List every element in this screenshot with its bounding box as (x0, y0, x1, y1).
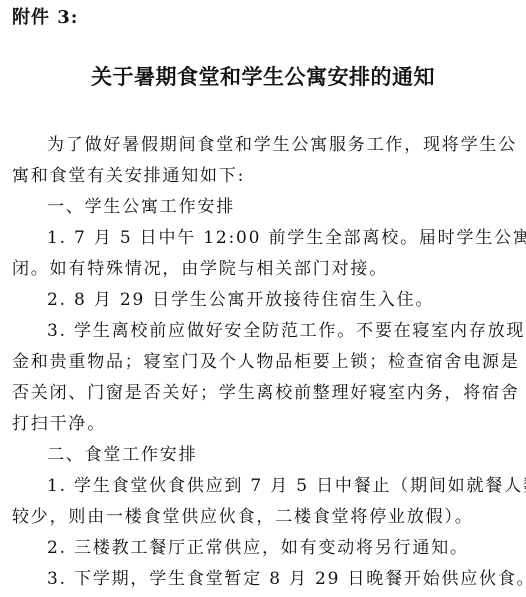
list-item-line: 2. 三楼教工餐厅正常供应，如有变动将另行通知。 (12, 533, 514, 564)
notice-document-page: 附件 3: 关于暑期食堂和学生公寓安排的通知 为了做好暑假期间食堂和学生公寓服务… (0, 0, 526, 597)
paragraph-line: 闭。如有特殊情况，由学院与相关部门对接。 (12, 254, 514, 285)
paragraph-line: 金和贵重物品；寝室门及个人物品柜要上锁；检查宿舍电源是 (12, 347, 514, 378)
paragraph-line: 寓和食堂有关安排通知如下: (12, 161, 514, 192)
list-item-line: 3. 下学期，学生食堂暂定 8 月 29 日晚餐开始供应伙食。 (12, 564, 514, 595)
list-item-line: 3. 学生离校前应做好安全防范工作。不要在寝室内存放现 (12, 316, 514, 347)
list-item-line: 1. 学生食堂伙食供应到 7 月 5 日中餐止（期间如就餐人数 (12, 471, 514, 502)
paragraph-line: 否关闭、门窗是否关好；学生离校前整理好寝室内务，将宿舍 (12, 378, 514, 409)
attachment-label: 附件 3: (12, 8, 514, 28)
paragraph-line: 较少，则由一楼食堂供应伙食，二楼食堂将停业放假）。 (12, 502, 514, 533)
paragraph-line: 为了做好暑假期间食堂和学生公寓服务工作，现将学生公 (12, 130, 514, 161)
paragraph-line: 打扫干净。 (12, 409, 514, 440)
section-heading-1: 一、学生公寓工作安排 (12, 192, 514, 223)
list-item-line: 2. 8 月 29 日学生公寓开放接待住宿生入住。 (12, 285, 514, 316)
notice-title: 关于暑期食堂和学生公寓安排的通知 (12, 65, 514, 89)
notice-body: 为了做好暑假期间食堂和学生公寓服务工作，现将学生公 寓和食堂有关安排通知如下: … (12, 130, 514, 595)
section-heading-2: 二、食堂工作安排 (12, 440, 514, 471)
list-item-line: 1. 7 月 5 日中午 12:00 前学生全部离校。届时学生公寓封 (12, 223, 514, 254)
